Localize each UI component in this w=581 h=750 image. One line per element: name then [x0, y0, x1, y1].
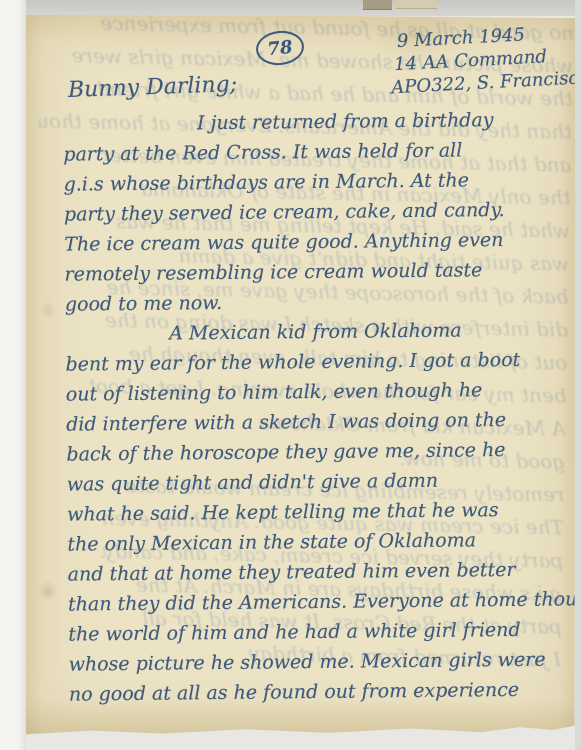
page-number-badge: 78	[254, 29, 305, 68]
letter-line: what he said. He kept telling me that he…	[67, 494, 569, 529]
scanner-right-strip	[575, 0, 581, 750]
letter-line: The ice cream was quite good. Anything e…	[64, 224, 566, 259]
scanner-background: no good at all as he found out from expe…	[0, 0, 581, 750]
letter-line: I just returned from a birthday	[63, 104, 565, 139]
scanner-left-strip	[0, 0, 26, 750]
paper-tab-dark	[363, 0, 392, 10]
scan-root: { "page": { "page_number": "78" }, "lett…	[0, 0, 581, 750]
letter-line: back of the horoscope they gave me, sinc…	[66, 434, 568, 469]
letter-line: bent my ear for the whole evening. I got…	[65, 344, 567, 379]
letter-salutation: Bunny Darling;	[68, 72, 238, 103]
page-number: 78	[266, 36, 293, 60]
letter-page: no good at all as he found out from expe…	[26, 15, 575, 735]
letter-line: no good at all as he found out from expe…	[69, 674, 571, 709]
paper-tab-light	[396, 0, 437, 9]
letter-body: I just returned from a birthdayparty at …	[63, 104, 571, 709]
letter-heading: 9 March 1945 14 AA Command APO322, S. Fr…	[396, 20, 575, 99]
scanner-top-band	[0, 0, 581, 16]
